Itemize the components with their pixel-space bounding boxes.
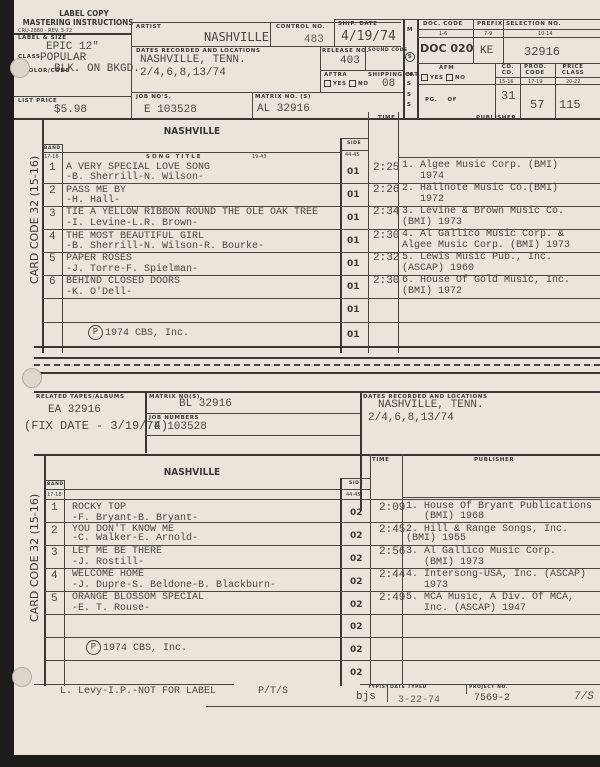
- band-label-2: BAND: [47, 482, 64, 487]
- side2-title: NASHVILLE: [44, 468, 340, 478]
- prefix-cols: 7-9: [484, 31, 492, 37]
- afm-label: AFM: [439, 65, 454, 71]
- ship-date-value: 4/19/74: [341, 29, 396, 44]
- song-writers: -B. Sherrill-N. Wilson-R. Bourke-: [66, 241, 264, 252]
- price-class-label: PRICE CLASS: [560, 64, 586, 76]
- phonogram-icon: P: [86, 640, 101, 655]
- shipping-cat-value: 08: [382, 78, 395, 90]
- side-cols-2: 44-45: [346, 492, 361, 498]
- project-label: PROJECT NO.: [469, 685, 508, 690]
- job-value: E 103528: [144, 104, 197, 116]
- side-number: 02: [350, 622, 363, 632]
- phonogram-icon: P: [88, 325, 103, 340]
- publisher-line2: (BMI) 1972: [402, 286, 462, 297]
- publisher-line2: 1972: [402, 194, 444, 205]
- song-time: 2:26: [373, 184, 399, 196]
- side-number: 01: [347, 167, 360, 177]
- band-number: 4: [49, 231, 56, 243]
- side-number: 02: [350, 668, 363, 678]
- band-number: 4: [51, 570, 58, 582]
- job-label: JOB NO'S.: [136, 94, 171, 100]
- song-writers: -B. Sherrill-N. Wilson-: [66, 172, 204, 183]
- prefix-label: PREFIX: [477, 21, 503, 27]
- publisher-line1: 5. Lewis Music Pub., Inc.: [402, 252, 552, 263]
- release-value: 403: [340, 55, 360, 67]
- song-time: 2:44: [379, 569, 405, 581]
- song-time: 2:34: [373, 206, 399, 218]
- time-label: TIME: [378, 115, 395, 121]
- publisher-line1: 1. Algee Music Corp. (BMI): [402, 160, 558, 171]
- m-marker: M: [407, 27, 413, 33]
- publisher-line2: 1973: [406, 580, 448, 591]
- side-number: 01: [347, 190, 360, 200]
- side-number: 01: [347, 305, 360, 315]
- song-writers: -J. Dupre-S. Beldone-B. Blackburn-: [72, 580, 276, 591]
- band-cols-2: 17-18: [47, 492, 62, 498]
- prefix-value: KE: [480, 45, 493, 57]
- release-label: RELEASE NO.: [322, 48, 369, 54]
- side-number: 01: [347, 213, 360, 223]
- publisher-label-2: PUBLISHER: [474, 457, 514, 463]
- song-title: WELCOME HOME: [72, 569, 144, 580]
- side-label: SIDE: [347, 141, 361, 146]
- song-time: 2:30: [373, 230, 399, 242]
- selection-value: 32916: [524, 45, 560, 59]
- initials: 7/S: [574, 691, 594, 703]
- aftra-options[interactable]: YES NO: [324, 80, 369, 87]
- control-value: 483: [304, 34, 324, 46]
- publisher-line2: (BMI) 1968: [406, 511, 484, 522]
- pts-note: P/T/S: [258, 686, 288, 697]
- publisher-line2: (BMI) 1955: [406, 533, 466, 544]
- publisher-line1: 6. House Of Gold Music, Inc.: [402, 275, 570, 286]
- job2-value: E 103528: [154, 421, 207, 433]
- pg-label: PG. OF: [425, 97, 457, 103]
- side-number: 01: [347, 282, 360, 292]
- song-writers: -E. T. Rouse-: [72, 603, 150, 614]
- song-writers: -F. Bryant-B. Bryant-: [72, 513, 198, 524]
- price-class-value: 115: [559, 98, 581, 112]
- list-price-value: $5.98: [54, 104, 87, 116]
- band-number: 6: [49, 276, 56, 288]
- band-cols: 17-18: [44, 154, 59, 160]
- selection-cols: 10-14: [538, 31, 553, 37]
- co-co-value: 31: [501, 89, 515, 103]
- song-writers: -H. Hall-: [66, 195, 120, 206]
- doc-code-label: DOC. CODE: [423, 21, 463, 27]
- song-time: 2:45: [379, 524, 405, 536]
- band-number: 1: [51, 502, 58, 514]
- band-number: 5: [49, 253, 56, 265]
- card-code-label: CARD CODE 32 (15-16): [28, 156, 41, 284]
- publisher-line1: 4. Intersong-USA, Inc. (ASCAP): [406, 569, 586, 580]
- song-title: PAPER ROSES: [66, 253, 132, 264]
- publisher-line1: 3. Al Gallico Music Corp.: [406, 546, 556, 557]
- song-writers: -C. Walker-E. Arnold-: [72, 533, 198, 544]
- song-title: LET ME BE THERE: [72, 546, 162, 557]
- song-time: 2:09: [379, 502, 405, 514]
- song-time: 2:32: [373, 252, 399, 264]
- date-typed-value: 3-22-74: [398, 695, 440, 706]
- side-number: 02: [350, 508, 363, 518]
- form-title-line2: MASTERING INSTRUCTIONS: [14, 18, 142, 28]
- side-number: 02: [350, 577, 363, 587]
- location-value: NASHVILLE, TENN.: [140, 54, 246, 66]
- related-value: EA 32916: [48, 404, 101, 416]
- song-title: ROCKY TOP: [72, 502, 126, 513]
- song-time: 2:25: [373, 162, 399, 174]
- publisher-line1: 5. MCA Music, A Div. Of MCA,: [406, 592, 574, 603]
- color-code-value: BLK. ON BKGD.: [54, 63, 140, 75]
- dates-value: 2/4,6,8,13/74: [140, 67, 226, 79]
- s-marker-circled: S: [405, 52, 415, 62]
- copyright-notice-2: P1974 CBS, Inc.: [86, 640, 187, 655]
- sound-code-label: SOUND CODE: [368, 48, 408, 53]
- song-title-label: SONG TITLE: [146, 154, 202, 160]
- doc-code-value: DOC 020: [420, 42, 473, 55]
- band-label: BAND: [44, 146, 61, 151]
- related-label: RELATED TAPES/ALBUMS: [36, 394, 125, 400]
- song-writers: -J. Rostill-: [72, 557, 144, 568]
- dates2-value: 2/4,6,8,13/74: [368, 412, 454, 424]
- side-label-2: SIDE: [349, 481, 363, 486]
- side-number: 02: [350, 645, 363, 655]
- side1-title: NASHVILLE: [42, 127, 342, 137]
- ship-date-label: SHIP. DATE: [338, 21, 378, 27]
- time-label-2: TIME: [372, 457, 389, 463]
- selection-label: SELECTION NO.: [506, 21, 561, 27]
- song-time: 2:56: [379, 546, 405, 558]
- publisher-line2: (ASCAP) 1960: [402, 263, 474, 274]
- s-marker: S: [407, 81, 412, 87]
- publisher-line2: (BMI) 1973: [406, 557, 484, 568]
- publisher-line1: 3. Levine & Brown Music Co.: [402, 206, 564, 217]
- song-title: ORANGE BLOSSOM SPECIAL: [72, 592, 204, 603]
- song-title: TIE A YELLOW RIBBON ROUND THE OLE OAK TR…: [66, 207, 318, 218]
- band-number: 5: [51, 593, 58, 605]
- publisher-line1: 2. Hallnote Music Co.(BMI): [402, 183, 558, 194]
- song-time: 2:49: [379, 592, 405, 604]
- side-number: 02: [350, 531, 363, 541]
- side-number: 02: [350, 600, 363, 610]
- s-marker: S: [407, 92, 412, 98]
- project-value: 7569-2: [474, 693, 510, 704]
- song-writers: -K. O'Dell-: [66, 287, 132, 298]
- prod-code-value: 57: [530, 98, 544, 112]
- punch-hole: [22, 368, 42, 388]
- list-price-label: LIST PRICE: [18, 98, 57, 104]
- side-number: 01: [347, 236, 360, 246]
- publisher-line2: Algee Music Corp. (BMI) 1973: [402, 240, 570, 251]
- copyright-notice: P1974 CBS, Inc.: [88, 325, 189, 340]
- song-title-cols: 19-43: [252, 154, 267, 160]
- side-cols: 44-45: [345, 152, 360, 158]
- band-number: 1: [49, 162, 56, 174]
- matrix2-value: BL 32916: [179, 398, 232, 410]
- punch-hole: [12, 667, 32, 687]
- matrix-label: MATRIX NO. (S): [255, 94, 311, 100]
- band-number: 2: [51, 525, 58, 537]
- punch-hole: [10, 58, 30, 78]
- control-label: CONTROL NO.: [276, 24, 325, 30]
- afm-options[interactable]: YES NO: [421, 74, 466, 81]
- artist-label: ARTIST: [136, 24, 161, 30]
- song-time: 2:30: [373, 275, 399, 287]
- song-title: BEHIND CLOSED DOORS: [66, 276, 180, 287]
- footer-note: L. Levy-I.P.-NOT FOR LABEL: [60, 686, 216, 697]
- s-marker: S: [407, 102, 412, 108]
- label-copy-form: LABEL COPY MASTERING INSTRUCTIONS CRU-28…: [14, 0, 600, 755]
- typist-value: bjs: [356, 691, 376, 703]
- matrix-value: AL 32916: [257, 103, 310, 115]
- side-number: 02: [350, 554, 363, 564]
- co-co-label: CO. CO.: [500, 64, 516, 76]
- publisher-line2: 1974: [402, 171, 444, 182]
- tear-line: [34, 364, 600, 366]
- band-number: 2: [49, 185, 56, 197]
- publisher-line2: Inc. (ASCAP) 1947: [406, 603, 526, 614]
- side-number: 01: [347, 259, 360, 269]
- date-typed-label: DATE TYPED: [390, 685, 427, 690]
- band-number: 3: [49, 208, 56, 220]
- publisher-line1: 4. Al Gallico Music Corp. &: [402, 229, 564, 240]
- aftra-label: AFTRA: [324, 72, 347, 78]
- song-writers: -I. Levine-L.R. Brown-: [66, 218, 198, 229]
- card-code-label-2: CARD CODE 32 (15-16): [28, 494, 41, 622]
- artist-value: NASHVILLE: [204, 30, 269, 44]
- publisher-line2: (BMI) 1973: [402, 217, 462, 228]
- song-writers: -J. Torre-F. Spielman-: [66, 264, 198, 275]
- location2-value: NASHVILLE, TENN.: [378, 399, 484, 411]
- m-marker: M: [407, 72, 413, 78]
- side-number: 01: [347, 330, 360, 340]
- prod-code-label: PROD. CODE: [524, 64, 546, 76]
- publisher-label: PUBLISHER: [476, 115, 516, 121]
- band-number: 3: [51, 547, 58, 559]
